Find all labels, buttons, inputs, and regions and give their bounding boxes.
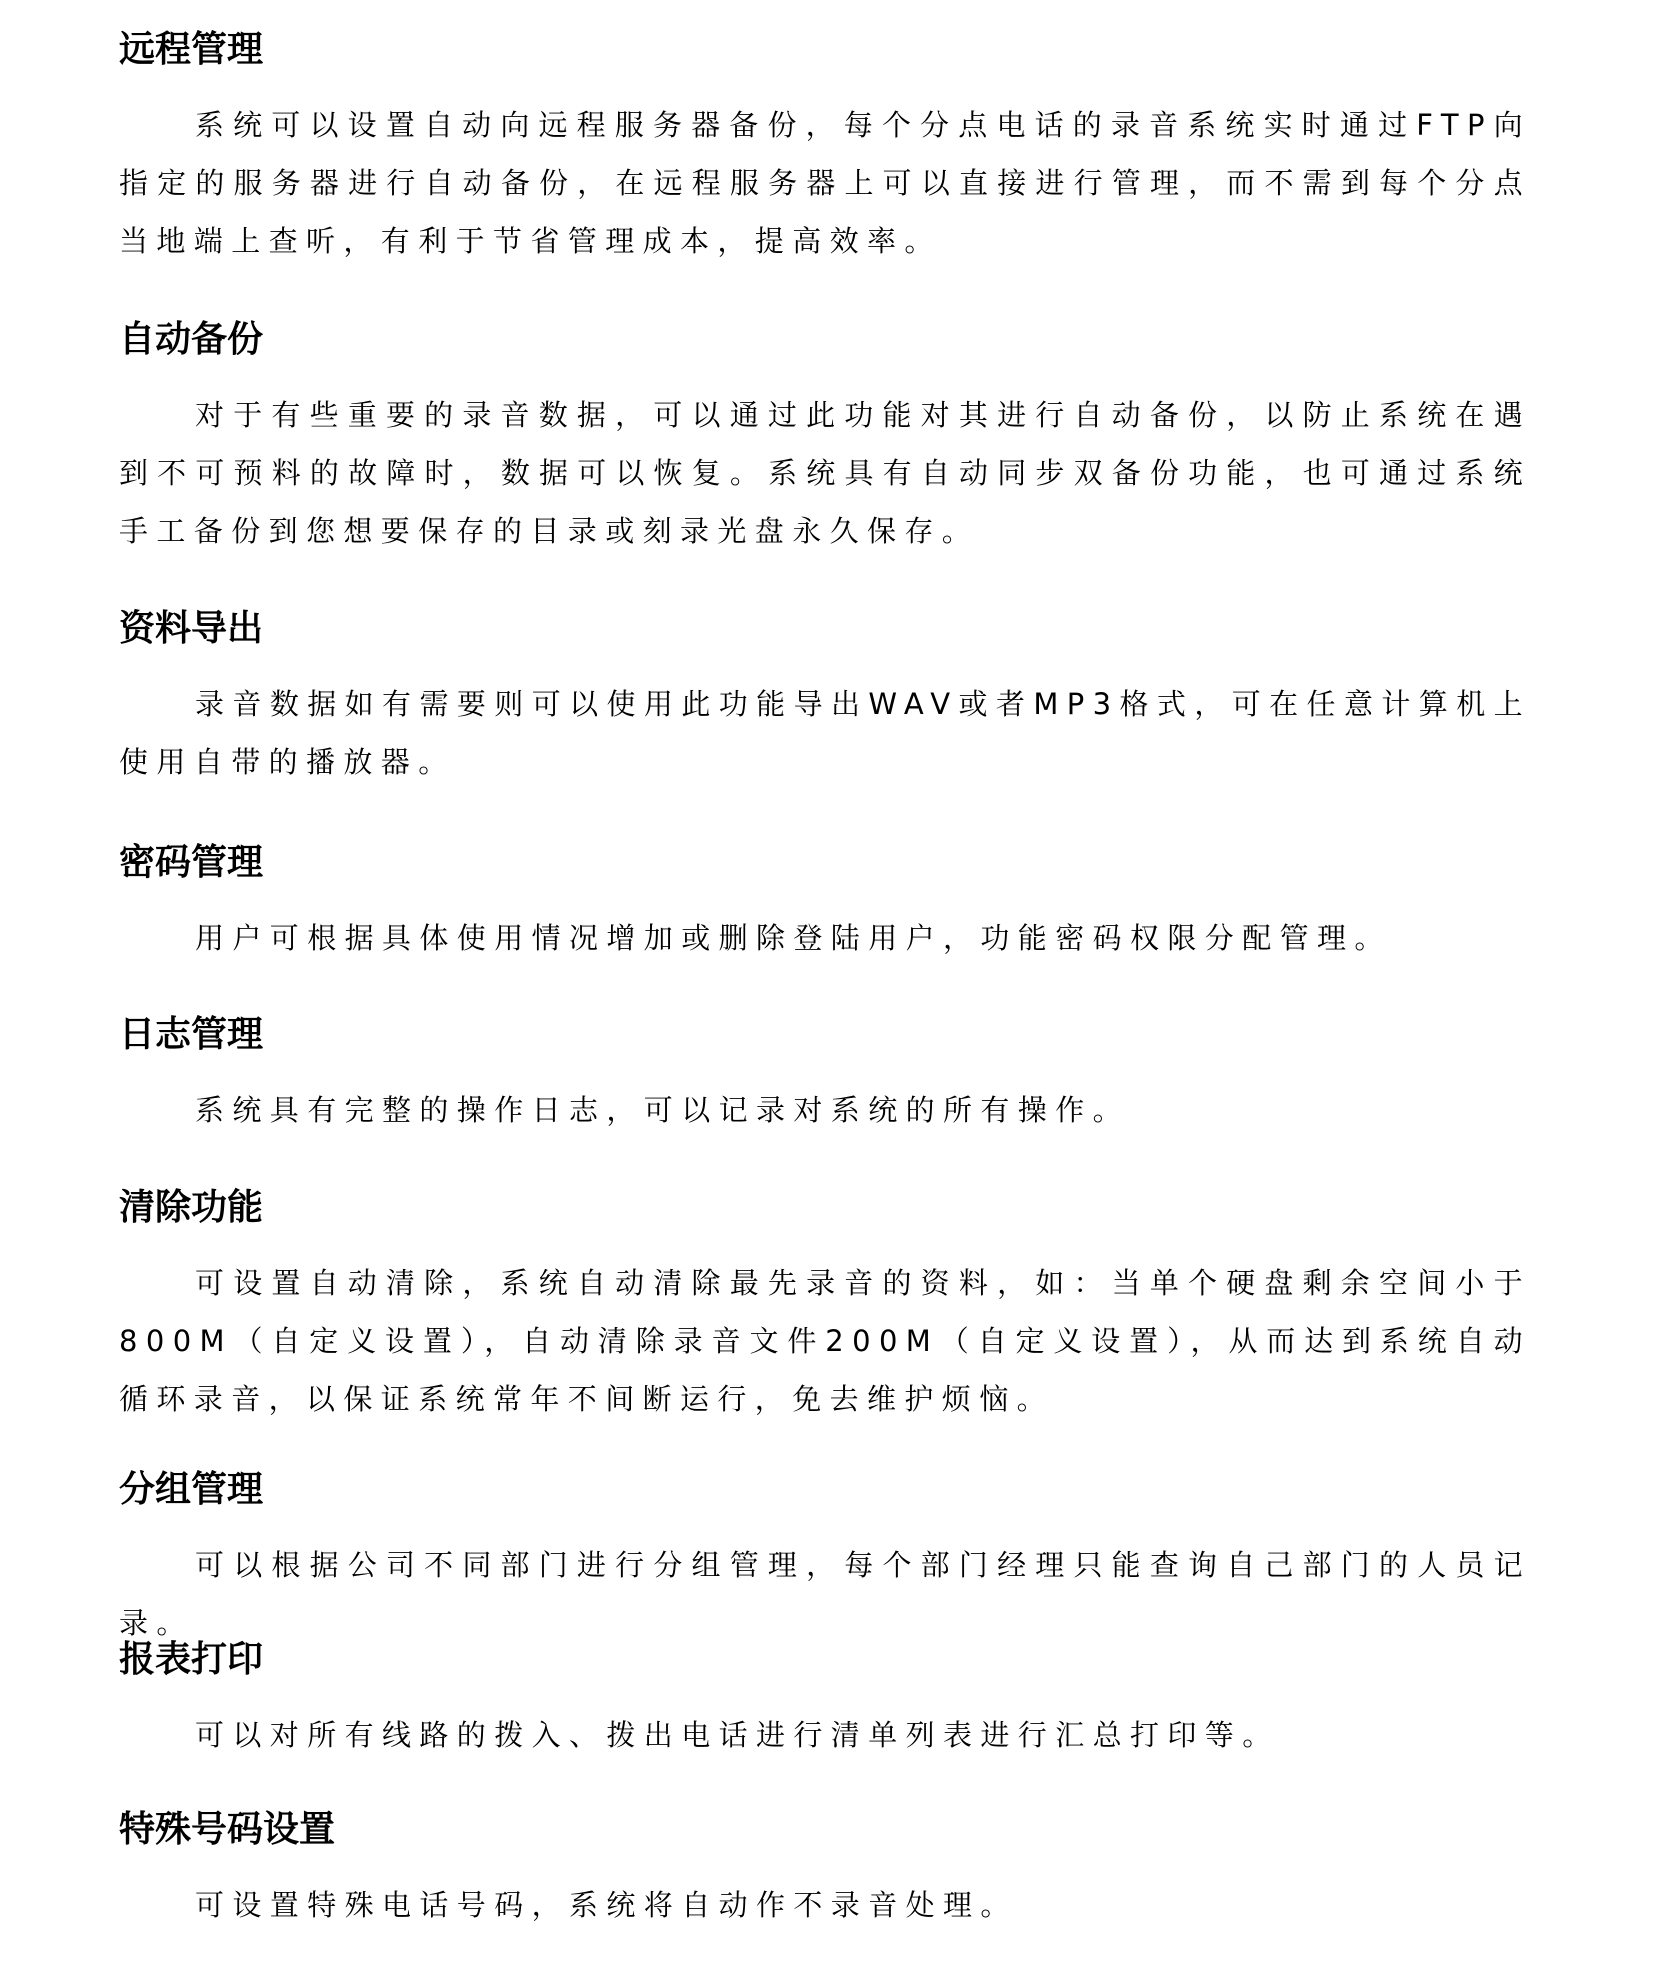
section-group-management: 分组管理 可以根据公司不同部门进行分组管理，每个部门经理只能查询自己部门的人员记… [119, 1468, 1531, 1652]
section-auto-backup: 自动备份 对于有些重要的录音数据，可以通过此功能对其进行自动备份，以防止系统在遇… [119, 318, 1531, 560]
section-log-management: 日志管理 系统具有完整的操作日志，可以记录对系统的所有操作。 [119, 1013, 1531, 1139]
section-remote-management: 远程管理 系统可以设置自动向远程服务器备份，每个分点电话的录音系统实时通过FTP… [119, 28, 1531, 270]
section-title: 清除功能 [119, 1186, 1531, 1230]
section-body: 录音数据如有需要则可以使用此功能导出WAV或者MP3格式，可在任意计算机上使用自… [119, 675, 1531, 791]
section-body: 对于有些重要的录音数据，可以通过此功能对其进行自动备份，以防止系统在遇到不可预料… [119, 386, 1531, 560]
section-report-printing: 报表打印 可以对所有线路的拨入、拨出电话进行清单列表进行汇总打印等。 [119, 1638, 1531, 1764]
section-body: 用户可根据具体使用情况增加或删除登陆用户，功能密码权限分配管理。 [119, 909, 1531, 967]
section-title: 分组管理 [119, 1468, 1531, 1512]
section-body: 系统具有完整的操作日志，可以记录对系统的所有操作。 [119, 1081, 1531, 1139]
section-title: 资料导出 [119, 607, 1531, 651]
section-body: 可以根据公司不同部门进行分组管理，每个部门经理只能查询自己部门的人员记录。 [119, 1536, 1531, 1652]
section-title: 日志管理 [119, 1013, 1531, 1057]
section-title: 报表打印 [119, 1638, 1531, 1682]
section-title: 密码管理 [119, 841, 1531, 885]
section-special-number-settings: 特殊号码设置 可设置特殊电话号码，系统将自动作不录音处理。 [119, 1808, 1531, 1934]
section-password-management: 密码管理 用户可根据具体使用情况增加或删除登陆用户，功能密码权限分配管理。 [119, 841, 1531, 967]
section-body: 可设置自动清除，系统自动清除最先录音的资料，如：当单个硬盘剩余空间小于800M（… [119, 1254, 1531, 1428]
section-title: 特殊号码设置 [119, 1808, 1531, 1852]
section-body: 可设置特殊电话号码，系统将自动作不录音处理。 [119, 1876, 1531, 1934]
section-data-export: 资料导出 录音数据如有需要则可以使用此功能导出WAV或者MP3格式，可在任意计算… [119, 607, 1531, 791]
section-title: 自动备份 [119, 318, 1531, 362]
section-cleanup-function: 清除功能 可设置自动清除，系统自动清除最先录音的资料，如：当单个硬盘剩余空间小于… [119, 1186, 1531, 1428]
section-title: 远程管理 [119, 28, 1531, 72]
section-body: 可以对所有线路的拨入、拨出电话进行清单列表进行汇总打印等。 [119, 1706, 1531, 1764]
section-body: 系统可以设置自动向远程服务器备份，每个分点电话的录音系统实时通过FTP向指定的服… [119, 96, 1531, 270]
